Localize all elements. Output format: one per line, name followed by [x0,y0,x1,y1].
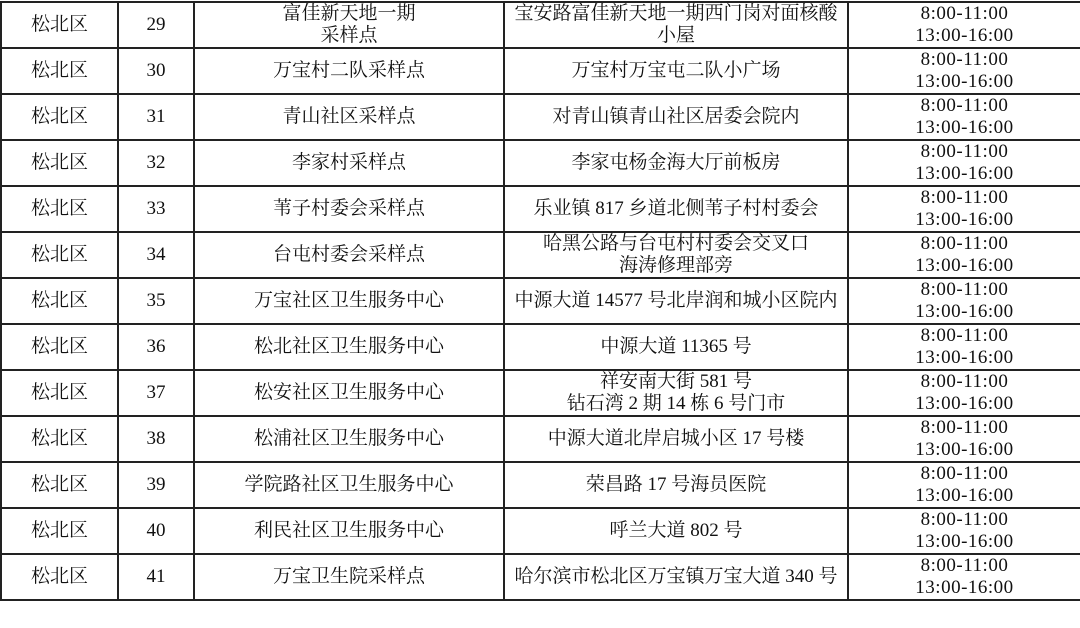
site-name-cell: 松安社区卫生服务中心 [194,370,504,416]
table-row: 松北区29富佳新天地一期采样点宝安路富佳新天地一期西门岗对面核酸小屋8:00-1… [1,2,1080,48]
table-row: 松北区34台屯村委会采样点哈黑公路与台屯村村委会交叉口海涛修理部旁8:00-11… [1,232,1080,278]
cell-text-line: 松北区 [4,566,115,588]
cell-text-line: 利民社区卫生服务中心 [197,520,501,542]
site-name-cell: 青山社区采样点 [194,94,504,140]
cell-text-line: 13:00-16:00 [851,393,1078,415]
cell-text-line: 松北区 [4,474,115,496]
site-name-cell: 万宝社区卫生服务中心 [194,278,504,324]
district-cell: 松北区 [1,278,118,324]
cell-text-line: 祥安南大街 581 号 [507,371,845,393]
district-cell: 松北区 [1,140,118,186]
cell-text-line: 8:00-11:00 [851,49,1078,71]
sampling-sites-table: 松北区29富佳新天地一期采样点宝安路富佳新天地一期西门岗对面核酸小屋8:00-1… [0,1,1080,601]
table-row: 松北区39学院路社区卫生服务中心荣昌路 17 号海员医院8:00-11:0013… [1,462,1080,508]
address-cell: 中源大道 11365 号 [504,324,848,370]
time-cell: 8:00-11:0013:00-16:00 [848,462,1080,508]
cell-text-line: 采样点 [197,25,501,47]
district-cell: 松北区 [1,232,118,278]
address-cell: 万宝村万宝屯二队小广场 [504,48,848,94]
cell-text-line: 松北区 [4,152,115,174]
row-number-cell: 33 [118,186,194,232]
time-cell: 8:00-11:0013:00-16:00 [848,370,1080,416]
cell-text-line: 松北区 [4,14,115,36]
time-cell: 8:00-11:0013:00-16:00 [848,554,1080,600]
cell-text-line: 台屯村委会采样点 [197,244,501,266]
row-number-cell: 36 [118,324,194,370]
table-row: 松北区33苇子村委会采样点乐业镇 817 乡道北侧苇子村村委会8:00-11:0… [1,186,1080,232]
table-row: 松北区38松浦社区卫生服务中心中源大道北岸启城小区 17 号楼8:00-11:0… [1,416,1080,462]
cell-text-line: 13:00-16:00 [851,347,1078,369]
cell-text-line: 8:00-11:00 [851,3,1078,25]
site-name-cell: 台屯村委会采样点 [194,232,504,278]
table-row: 松北区30万宝村二队采样点万宝村万宝屯二队小广场8:00-11:0013:00-… [1,48,1080,94]
site-name-cell: 万宝卫生院采样点 [194,554,504,600]
time-cell: 8:00-11:0013:00-16:00 [848,278,1080,324]
cell-text-line: 万宝卫生院采样点 [197,566,501,588]
address-cell: 哈黑公路与台屯村村委会交叉口海涛修理部旁 [504,232,848,278]
district-cell: 松北区 [1,554,118,600]
cell-text-line: 13:00-16:00 [851,209,1078,231]
cell-text-line: 万宝社区卫生服务中心 [197,290,501,312]
site-name-cell: 富佳新天地一期采样点 [194,2,504,48]
row-number-cell: 34 [118,232,194,278]
address-cell: 中源大道 14577 号北岸润和城小区院内 [504,278,848,324]
table-row: 松北区41万宝卫生院采样点哈尔滨市松北区万宝镇万宝大道 340 号8:00-11… [1,554,1080,600]
cell-text-line: 39 [121,474,191,496]
cell-text-line: 钻石湾 2 期 14 栋 6 号门市 [507,393,845,415]
table-row: 松北区37松安社区卫生服务中心祥安南大街 581 号钻石湾 2 期 14 栋 6… [1,370,1080,416]
cell-text-line: 松北区 [4,198,115,220]
table-row: 松北区32李家村采样点李家屯杨金海大厅前板房8:00-11:0013:00-16… [1,140,1080,186]
cell-text-line: 松北区 [4,244,115,266]
cell-text-line: 13:00-16:00 [851,439,1078,461]
district-cell: 松北区 [1,416,118,462]
district-cell: 松北区 [1,462,118,508]
district-cell: 松北区 [1,370,118,416]
district-cell: 松北区 [1,48,118,94]
district-cell: 松北区 [1,2,118,48]
address-cell: 李家屯杨金海大厅前板房 [504,140,848,186]
site-name-cell: 利民社区卫生服务中心 [194,508,504,554]
address-cell: 祥安南大街 581 号钻石湾 2 期 14 栋 6 号门市 [504,370,848,416]
address-cell: 呼兰大道 802 号 [504,508,848,554]
cell-text-line: 13:00-16:00 [851,577,1078,599]
cell-text-line: 8:00-11:00 [851,417,1078,439]
cell-text-line: 34 [121,244,191,266]
cell-text-line: 8:00-11:00 [851,95,1078,117]
address-cell: 对青山镇青山社区居委会院内 [504,94,848,140]
site-name-cell: 苇子村委会采样点 [194,186,504,232]
cell-text-line: 13:00-16:00 [851,71,1078,93]
cell-text-line: 13:00-16:00 [851,531,1078,553]
district-cell: 松北区 [1,186,118,232]
cell-text-line: 30 [121,60,191,82]
cell-text-line: 李家村采样点 [197,152,501,174]
cell-text-line: 对青山镇青山社区居委会院内 [507,106,845,128]
district-cell: 松北区 [1,94,118,140]
time-cell: 8:00-11:0013:00-16:00 [848,140,1080,186]
row-number-cell: 30 [118,48,194,94]
cell-text-line: 41 [121,566,191,588]
cell-text-line: 李家屯杨金海大厅前板房 [507,152,845,174]
cell-text-line: 8:00-11:00 [851,555,1078,577]
address-cell: 宝安路富佳新天地一期西门岗对面核酸小屋 [504,2,848,48]
site-name-cell: 松浦社区卫生服务中心 [194,416,504,462]
cell-text-line: 8:00-11:00 [851,233,1078,255]
cell-text-line: 松北社区卫生服务中心 [197,336,501,358]
cell-text-line: 13:00-16:00 [851,255,1078,277]
cell-text-line: 富佳新天地一期 [197,3,501,25]
site-name-cell: 李家村采样点 [194,140,504,186]
cell-text-line: 松北区 [4,428,115,450]
row-number-cell: 39 [118,462,194,508]
cell-text-line: 35 [121,290,191,312]
cell-text-line: 8:00-11:00 [851,325,1078,347]
cell-text-line: 小屋 [507,25,845,47]
cell-text-line: 33 [121,198,191,220]
cell-text-line: 万宝村万宝屯二队小广场 [507,60,845,82]
table-row: 松北区31青山社区采样点对青山镇青山社区居委会院内8:00-11:0013:00… [1,94,1080,140]
cell-text-line: 松北区 [4,290,115,312]
cell-text-line: 13:00-16:00 [851,163,1078,185]
time-cell: 8:00-11:0013:00-16:00 [848,232,1080,278]
row-number-cell: 38 [118,416,194,462]
cell-text-line: 松北区 [4,520,115,542]
cell-text-line: 8:00-11:00 [851,141,1078,163]
cell-text-line: 中源大道北岸启城小区 17 号楼 [507,428,845,450]
cell-text-line: 中源大道 14577 号北岸润和城小区院内 [507,290,845,312]
cell-text-line: 乐业镇 817 乡道北侧苇子村村委会 [507,198,845,220]
time-cell: 8:00-11:0013:00-16:00 [848,508,1080,554]
sampling-sites-table-body: 松北区29富佳新天地一期采样点宝安路富佳新天地一期西门岗对面核酸小屋8:00-1… [1,2,1080,600]
cell-text-line: 哈尔滨市松北区万宝镇万宝大道 340 号 [507,566,845,588]
cell-text-line: 哈黑公路与台屯村村委会交叉口 [507,233,845,255]
cell-text-line: 松安社区卫生服务中心 [197,382,501,404]
site-name-cell: 松北社区卫生服务中心 [194,324,504,370]
table-row: 松北区40利民社区卫生服务中心呼兰大道 802 号8:00-11:0013:00… [1,508,1080,554]
cell-text-line: 松浦社区卫生服务中心 [197,428,501,450]
row-number-cell: 31 [118,94,194,140]
cell-text-line: 海涛修理部旁 [507,255,845,277]
address-cell: 荣昌路 17 号海员医院 [504,462,848,508]
cell-text-line: 8:00-11:00 [851,371,1078,393]
row-number-cell: 37 [118,370,194,416]
time-cell: 8:00-11:0013:00-16:00 [848,2,1080,48]
row-number-cell: 32 [118,140,194,186]
cell-text-line: 万宝村二队采样点 [197,60,501,82]
address-cell: 中源大道北岸启城小区 17 号楼 [504,416,848,462]
address-cell: 乐业镇 817 乡道北侧苇子村村委会 [504,186,848,232]
row-number-cell: 29 [118,2,194,48]
cell-text-line: 松北区 [4,106,115,128]
time-cell: 8:00-11:0013:00-16:00 [848,48,1080,94]
time-cell: 8:00-11:0013:00-16:00 [848,416,1080,462]
cell-text-line: 8:00-11:00 [851,187,1078,209]
district-cell: 松北区 [1,508,118,554]
cell-text-line: 13:00-16:00 [851,25,1078,47]
cell-text-line: 学院路社区卫生服务中心 [197,474,501,496]
time-cell: 8:00-11:0013:00-16:00 [848,324,1080,370]
cell-text-line: 29 [121,14,191,36]
time-cell: 8:00-11:0013:00-16:00 [848,94,1080,140]
table-row: 松北区35万宝社区卫生服务中心中源大道 14577 号北岸润和城小区院内8:00… [1,278,1080,324]
cell-text-line: 8:00-11:00 [851,279,1078,301]
cell-text-line: 38 [121,428,191,450]
cell-text-line: 13:00-16:00 [851,301,1078,323]
cell-text-line: 宝安路富佳新天地一期西门岗对面核酸 [507,3,845,25]
cell-text-line: 36 [121,336,191,358]
cell-text-line: 8:00-11:00 [851,463,1078,485]
cell-text-line: 8:00-11:00 [851,509,1078,531]
row-number-cell: 35 [118,278,194,324]
district-cell: 松北区 [1,324,118,370]
row-number-cell: 41 [118,554,194,600]
cell-text-line: 37 [121,382,191,404]
cell-text-line: 荣昌路 17 号海员医院 [507,474,845,496]
cell-text-line: 松北区 [4,382,115,404]
cell-text-line: 13:00-16:00 [851,117,1078,139]
table-row: 松北区36松北社区卫生服务中心中源大道 11365 号8:00-11:0013:… [1,324,1080,370]
cell-text-line: 松北区 [4,60,115,82]
cell-text-line: 苇子村委会采样点 [197,198,501,220]
address-cell: 哈尔滨市松北区万宝镇万宝大道 340 号 [504,554,848,600]
cell-text-line: 中源大道 11365 号 [507,336,845,358]
cell-text-line: 呼兰大道 802 号 [507,520,845,542]
row-number-cell: 40 [118,508,194,554]
cell-text-line: 松北区 [4,336,115,358]
cell-text-line: 31 [121,106,191,128]
site-name-cell: 学院路社区卫生服务中心 [194,462,504,508]
cell-text-line: 青山社区采样点 [197,106,501,128]
cell-text-line: 40 [121,520,191,542]
time-cell: 8:00-11:0013:00-16:00 [848,186,1080,232]
site-name-cell: 万宝村二队采样点 [194,48,504,94]
cell-text-line: 13:00-16:00 [851,485,1078,507]
cell-text-line: 32 [121,152,191,174]
